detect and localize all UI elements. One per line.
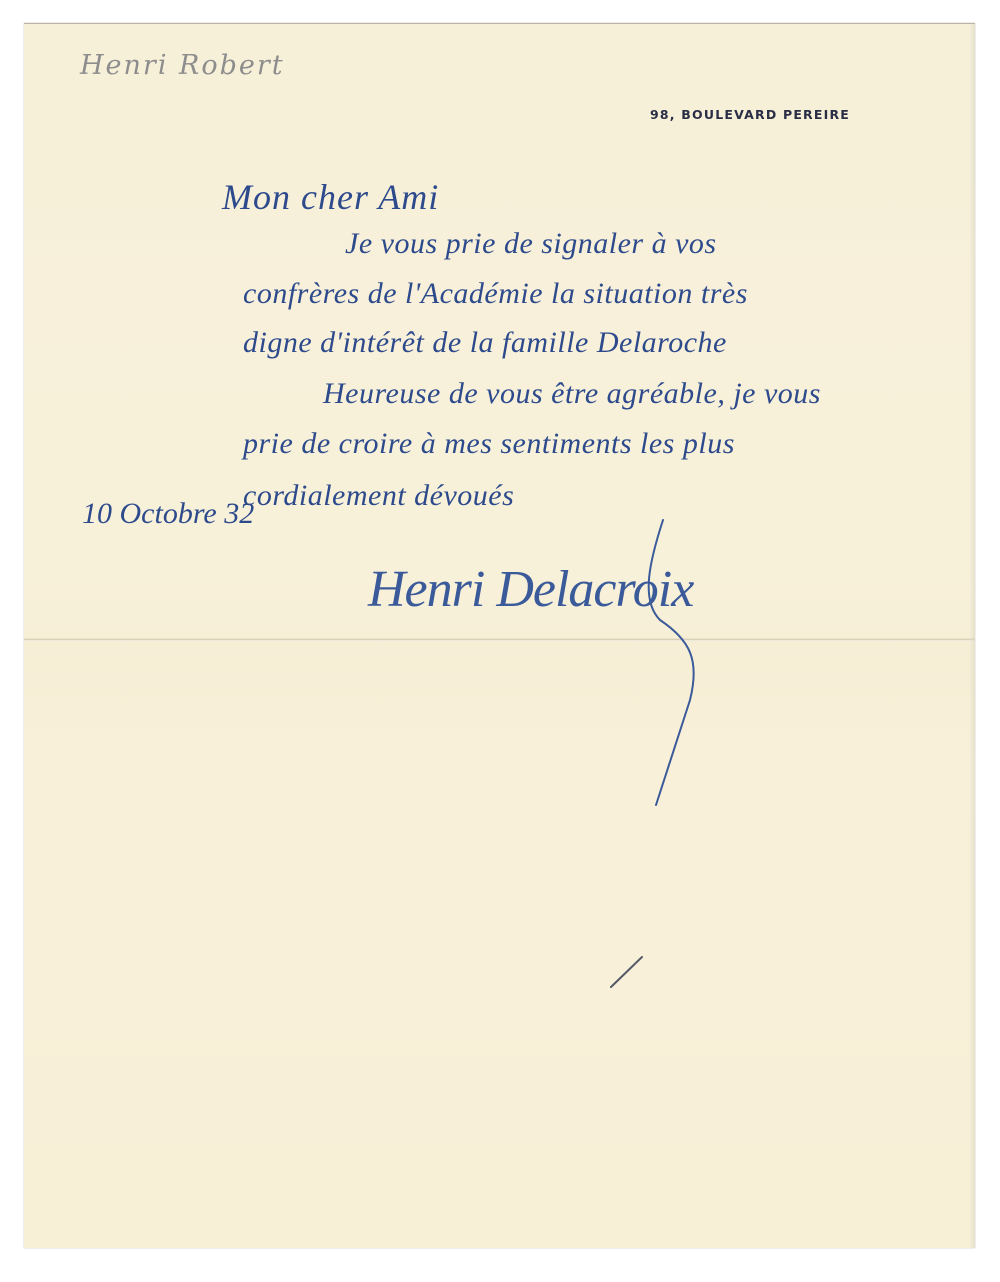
fold-crease [24, 638, 975, 641]
body-line-5: prie de croire à mes sentiments les plus [243, 427, 735, 461]
body-line-6: cordialement dévoués [243, 479, 514, 513]
signature: Henri Delacroix [368, 560, 693, 619]
body-line-2: confrères de l'Académie la situation trè… [243, 277, 748, 311]
letter-paper [24, 23, 975, 1248]
letter-date: 10 Octobre 32 [82, 497, 254, 531]
pencil-annotation: Henri Robert [80, 50, 285, 81]
salutation: Mon cher Ami [222, 176, 439, 218]
body-line-1: Je vous prie de signaler à vos [345, 227, 717, 261]
body-line-4: Heureuse de vous être agréable, je vous [323, 377, 821, 411]
body-line-3: digne d'intérêt de la famille Delaroche [243, 326, 727, 360]
letterhead-address: 98, BOULEVARD PEREIRE [650, 107, 850, 122]
paper-edge [969, 24, 975, 1248]
